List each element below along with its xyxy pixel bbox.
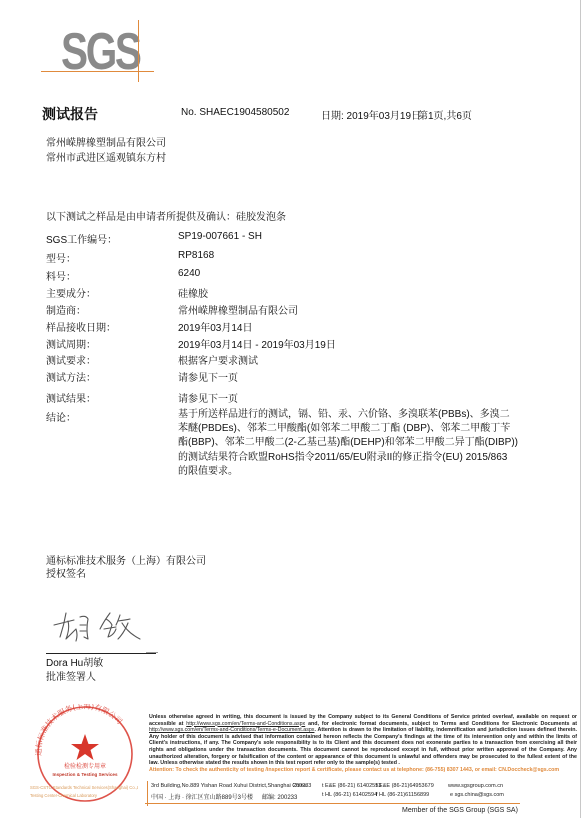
terms-link[interactable]: http://www.sgs.com/en/Terms-and-Conditio… [186,721,305,727]
field-label-test-period: 测试周期： [46,336,96,351]
field-value-received-date: 2019年03月14日 [178,319,253,334]
address-english: 3rd Building,No.889 Yishan Road Xuhui Di… [151,783,307,789]
postcode-english: 200233 [293,783,311,789]
client-block: 常州嵘牌橡塑制品有限公司 常州市武进区遥观镇东方村 [46,136,166,166]
disclaimer-part3: . Attention is drawn to the limitation o… [149,727,577,766]
field-label-manufacturer: 制造商： [46,302,86,317]
fax-hl: f HL (86-21)61156899 [376,792,429,798]
stamp-overlay-line1: SGS-CSTC Standards Technical Services(Sh… [30,785,138,790]
report-title: 测试报告 [42,104,98,124]
signature-line [46,653,156,654]
field-value-test-method: 请参见下一页 [178,369,238,384]
field-label-received-date: 样品接收日期： [46,319,116,334]
field-value-test-result: 请参见下一页 [178,390,238,405]
logo-accent-vertical [138,20,139,82]
client-name: 常州嵘牌橡塑制品有限公司 [46,136,166,151]
stamp-overlay-line2: Testing Center-Chemical Laboratory [30,793,98,798]
client-address: 常州市武进区遥观镇东方村 [46,151,166,166]
e-document-terms-link[interactable]: http://www.sgs.com/en/Terms-and-Conditio… [149,727,314,733]
fax-ee: f E&E (86-21)64953679 [376,783,434,789]
star-icon [71,734,99,760]
report-number: No. SHAEC1904580502 [181,107,289,118]
email[interactable]: e sgs.china@sgs.com [450,792,504,798]
address-chinese: 中国 · 上海 · 徐汇区宜山路889号3号楼 [151,792,253,801]
field-value-manufacturer: 常州嵘牌橡塑制品有限公司 [178,302,298,317]
field-value-model: RP8168 [178,250,214,261]
postcode-chinese: 邮编: 200233 [262,792,297,801]
signer-block: Dora Hu胡敏 批准签署人 [46,657,103,685]
sample-intro: 以下测试之样品是由申请者所提供及确认：硅胶发泡条 [46,208,286,223]
field-label-job-no: SGS工作编号： [46,231,117,246]
field-value-test-period: 2019年03月14日 - 2019年03月19日 [178,336,336,351]
address-accent-horizontal [145,803,520,804]
logo-accent-horizontal [41,71,154,72]
field-value-part-no: 6240 [178,268,200,279]
field-value-test-requirement: 根据客户要求测试 [178,352,258,367]
stamp-middle-text: 检验检测专用章 [64,762,106,770]
official-stamp: 通标标准技术服务(上海)有限公司 检验检测专用章 Inspection & Te… [28,704,138,814]
signer-name: Dora Hu胡敏 [46,657,103,671]
sgs-logo: SGS [41,20,154,82]
field-value-job-no: SP19-007661 - SH [178,231,262,242]
field-label-test-requirement: 测试要求： [46,352,96,367]
conclusion-text: 基于所送样品进行的测试，镉、铅、汞、六价铬、多溴联苯(PBBs)、多溴二苯醚(P… [178,408,518,479]
field-label-test-method: 测试方法： [46,369,96,384]
conclusion-label: 结论： [46,409,76,424]
stamp-english-text: Inspection & Testing Services [52,772,117,777]
disclaimer-part2: and, for electronic format documents, su… [305,721,577,727]
field-label-model: 型号： [46,250,76,265]
tel-hl: t HL (86-21) 61402594 [322,792,377,798]
field-value-composition: 硅橡胶 [178,285,208,300]
signature-line-extension [146,652,158,653]
signer-title: 批准签署人 [46,671,103,685]
report-date: 日期: 2019年03月19日 [321,107,421,122]
page-indicator: 第1页,共6页 [418,107,472,122]
website[interactable]: www.sgsgroup.com.cn [448,783,503,789]
sgs-group-membership: Member of the SGS Group (SGS SA) [402,807,518,814]
field-label-composition: 主要成分： [46,285,96,300]
authorized-signature-label: 授权签名 [46,568,206,581]
tel-ee: t E&E (86-21) 61402553 [322,783,381,789]
signoff-block: 通标标准技术服务（上海）有限公司 授权签名 [46,555,206,581]
field-label-part-no: 料号： [46,268,76,283]
authenticity-notice: Attention: To check the authenticity of … [149,767,577,774]
handwritten-signature [52,607,147,647]
legal-disclaimer: Unless otherwise agreed in writing, this… [149,714,577,773]
issuing-company: 通标标准技术服务（上海）有限公司 [46,555,206,568]
field-label-test-result: 测试结果： [46,390,96,405]
